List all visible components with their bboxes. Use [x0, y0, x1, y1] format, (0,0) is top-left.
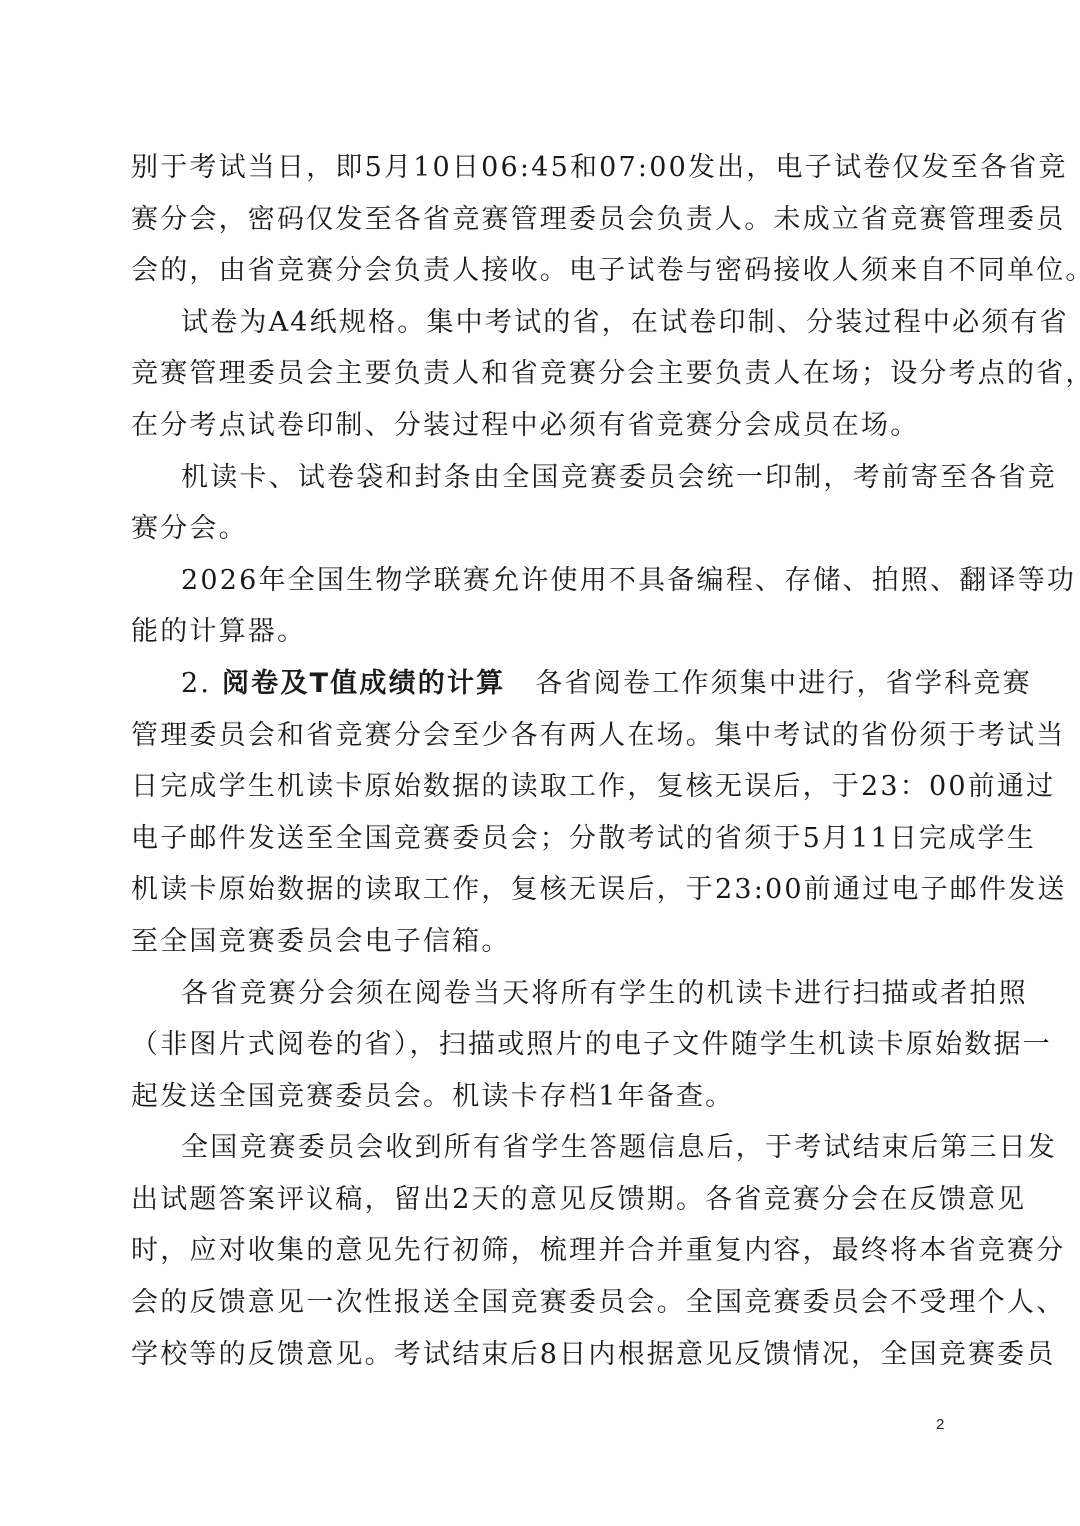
text-line: 电子邮件发送至全国竞赛委员会；分散考试的省须于5月11日完成学生 — [131, 813, 944, 865]
heading-line-text: 各省阅卷工作须集中进行，省学科竞赛 — [535, 668, 1031, 699]
text-line: 起发送全国竞赛委员会。机读卡存档1年备查。 — [131, 1071, 944, 1123]
text-line: 会的，由省竞赛分会负责人接收。电子试卷与密码接收人须来自不同单位。 — [131, 245, 944, 297]
paragraph: 试卷为A4纸规格。集中考试的省，在试卷印制、分装过程中必须有省 竞赛管理委员会主… — [131, 297, 944, 452]
paragraph: 机读卡、试卷袋和封条由全国竞赛委员会统一印制，考前寄至各省竞 赛分会。 — [131, 452, 944, 555]
paragraph: 2026年全国生物学联赛允许使用不具备编程、存储、拍照、翻译等功 能的计算器。 — [131, 555, 944, 658]
text-line: 竞赛管理委员会主要负责人和省竞赛分会主要负责人在场；设分考点的省， — [131, 348, 944, 400]
paragraph: 全国竞赛委员会收到所有省学生答题信息后，于考试结束后第三日发 出试题答案评议稿，… — [131, 1122, 944, 1380]
text-line: 日完成学生机读卡原始数据的读取工作，复核无误后，于23：00前通过 — [131, 761, 944, 813]
section-heading-line: 2. 阅卷及T值成绩的计算各省阅卷工作须集中进行，省学科竞赛 — [131, 658, 944, 710]
document-page: 别于考试当日，即5月10日06:45和07:00发出，电子试卷仅发至各省竞 赛分… — [0, 0, 1080, 1526]
text-line: 机读卡、试卷袋和封条由全国竞赛委员会统一印制，考前寄至各省竞 — [131, 452, 944, 504]
text-line: 能的计算器。 — [131, 606, 944, 658]
text-line: 赛分会，密码仅发至各省竞赛管理委员会负责人。未成立省竞赛管理委员 — [131, 194, 944, 246]
text-line: 会的反馈意见一次性报送全国竞赛委员会。全国竞赛委员会不受理个人、 — [131, 1277, 944, 1329]
text-line: （非图片式阅卷的省），扫描或照片的电子文件随学生机读卡原始数据一 — [131, 1019, 944, 1071]
text-line: 别于考试当日，即5月10日06:45和07:00发出，电子试卷仅发至各省竞 — [131, 142, 944, 194]
text-line: 在分考点试卷印制、分装过程中必须有省竞赛分会成员在场。 — [131, 400, 944, 452]
text-line: 赛分会。 — [131, 503, 944, 555]
text-line: 出试题答案评议稿，留出2天的意见反馈期。各省竞赛分会在反馈意见 — [131, 1174, 944, 1226]
text-line: 学校等的反馈意见。考试结束后8日内根据意见反馈情况，全国竞赛委员 — [131, 1329, 944, 1381]
text-line: 机读卡原始数据的读取工作，复核无误后，于23:00前通过电子邮件发送 — [131, 864, 944, 916]
paragraph: 各省竞赛分会须在阅卷当天将所有学生的机读卡进行扫描或者拍照 （非图片式阅卷的省）… — [131, 968, 944, 1123]
text-line: 全国竞赛委员会收到所有省学生答题信息后，于考试结束后第三日发 — [131, 1122, 944, 1174]
paragraph: 别于考试当日，即5月10日06:45和07:00发出，电子试卷仅发至各省竞 赛分… — [131, 142, 944, 297]
text-line: 2026年全国生物学联赛允许使用不具备编程、存储、拍照、翻译等功 — [131, 555, 944, 607]
text-line: 至全国竞赛委员会电子信箱。 — [131, 916, 944, 968]
section-paragraph: 2. 阅卷及T值成绩的计算各省阅卷工作须集中进行，省学科竞赛 管理委员会和省竞赛… — [131, 658, 944, 968]
text-line: 各省竞赛分会须在阅卷当天将所有学生的机读卡进行扫描或者拍照 — [131, 968, 944, 1020]
text-line: 试卷为A4纸规格。集中考试的省，在试卷印制、分装过程中必须有省 — [131, 297, 944, 349]
section-title: 阅卷及T值成绩的计算 — [222, 668, 505, 699]
section-number: 2. — [181, 668, 211, 699]
page-number: 2 — [936, 1416, 944, 1433]
text-line: 管理委员会和省竞赛分会至少各有两人在场。集中考试的省份须于考试当 — [131, 710, 944, 762]
document-body: 别于考试当日，即5月10日06:45和07:00发出，电子试卷仅发至各省竞 赛分… — [131, 142, 944, 1380]
text-line: 时，应对收集的意见先行初筛，梳理并合并重复内容，最终将本省竞赛分 — [131, 1225, 944, 1277]
